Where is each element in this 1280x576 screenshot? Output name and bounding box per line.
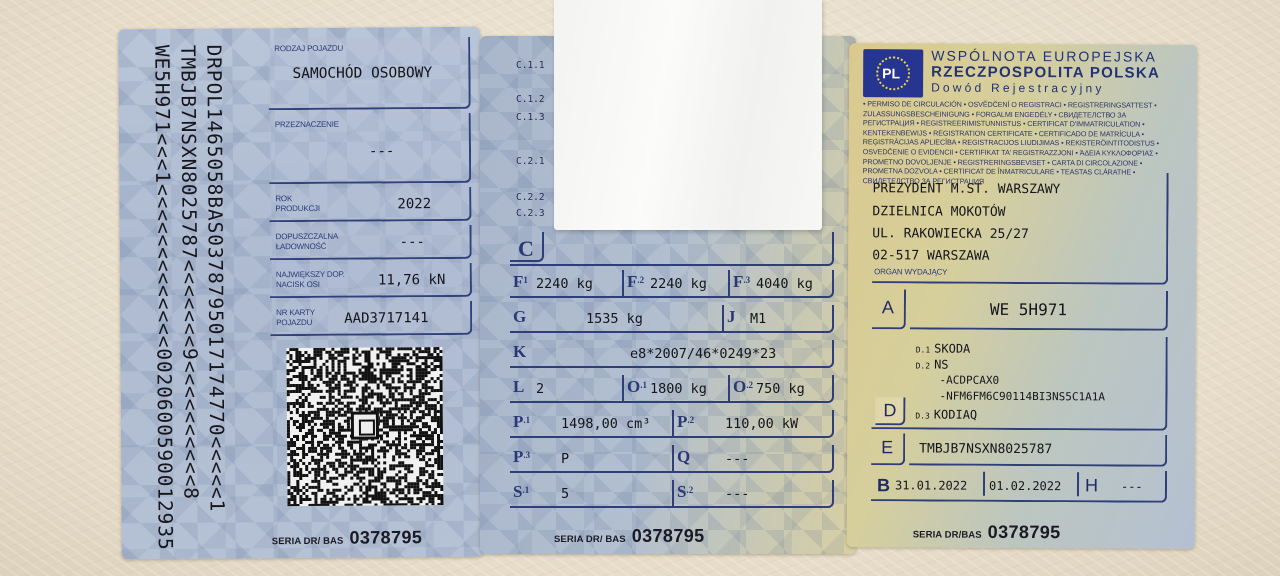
field-value: 2 [536, 381, 544, 397]
c13-label: C.1.3 [516, 112, 545, 123]
field-value: AAD3717141 [344, 310, 428, 327]
type-line: D.2NS [916, 357, 949, 371]
field-value: 2240 kg [650, 276, 707, 292]
field-code: P [677, 412, 687, 431]
field-code-wrap: P.2 [677, 412, 694, 432]
dates-row: B 31.01.2022 01.02.2022 H --- [871, 469, 1167, 503]
field-purpose: Przeznaczenie --- [269, 113, 471, 184]
grid-cell: P.3P [510, 445, 672, 471]
field-value: 1498,00 cm³ [561, 416, 650, 432]
code-c: C [518, 236, 534, 262]
field-code: L [513, 377, 524, 396]
registration-number: WE 5H971 [990, 300, 1067, 319]
registration-number-box: WE 5H971 [910, 289, 1168, 330]
code-d: D [883, 400, 896, 421]
grid-cell: F.22240 kg [622, 270, 728, 296]
make-model-box: D.1SKODA D.2NS -ACDPCAX0 -NFM6FM6C90114B… [871, 335, 1167, 431]
validity-value: --- [1121, 480, 1143, 494]
type-value: NS [934, 358, 949, 372]
header-country: RZECZPOSPOLITA POLSKA [931, 64, 1160, 82]
grid-cell: G1535 kg [510, 305, 722, 331]
field-code: O [627, 377, 640, 396]
field-code: F [733, 272, 743, 291]
field-label: Nr karty pojazdu [276, 308, 336, 328]
issuer-line-2: DZIELNICA MOKOTÓW [872, 204, 1005, 220]
make-line: D.1SKODA [916, 341, 971, 355]
country-code: PL [882, 65, 900, 81]
field-code-sub: .2 [746, 380, 753, 390]
model-line: D.3KODIAQ [915, 407, 977, 421]
field-code-sub: .3 [523, 450, 530, 460]
grid-row: S.15S.2--- [510, 480, 834, 508]
right-panel: PL WSPÓLNOTA EUROPEJSKA RZECZPOSPOLITA P… [847, 43, 1198, 549]
field-code-wrap: O.1 [627, 377, 647, 397]
field-code-sub: .2 [687, 415, 694, 425]
field-code-wrap: G [513, 307, 526, 327]
field-label: Rodzaj pojazdu [274, 44, 343, 54]
c23-label: C.2.3 [516, 208, 545, 219]
mrz-line-3: WE5H971<<<1<<<<<<<<<<<<<0020600590012935 [148, 45, 177, 545]
field-code: F [513, 272, 523, 291]
field-code-wrap: F.2 [627, 272, 644, 292]
serial-number: SERIA DR/ BAS0378795 [272, 527, 423, 549]
mrz-line-2: TMBJB7NSXN8025787<<<<<<<9<<<<<<<<<<8 [174, 45, 203, 545]
issuer-line-1: PREZYDENT M.ST. WARSZAWY [873, 181, 1061, 197]
serial-value: 0378795 [632, 526, 705, 546]
serial-label: SERIA DR/ BAS [554, 534, 626, 545]
field-code-wrap: F1 [513, 272, 528, 292]
code-b: B [877, 475, 890, 496]
field-value: 750 kg [756, 381, 805, 397]
datamatrix-center-mark [351, 411, 379, 439]
tissue-paper [554, 0, 822, 230]
field-code-wrap: Q [677, 447, 690, 467]
grid-cell: S.2--- [672, 480, 834, 506]
field-vehicle-type: Rodzaj pojazdu SAMOCHÓD OSOBOWY [268, 37, 470, 110]
grid-row: Ke8*2007/46*0249*23 [510, 340, 834, 368]
field-value: 5 [561, 486, 569, 502]
grid-cell: O.11800 kg [622, 375, 728, 401]
datamatrix-code [286, 347, 443, 506]
field-axle-load: Największy dop. nacisk osi 11,76 kN [270, 263, 472, 298]
field-value: P [561, 451, 569, 467]
field-value: --- [400, 234, 425, 250]
field-code-wrap: F.3 [733, 272, 750, 292]
grid-cell: O.2750 kg [728, 375, 834, 401]
header-eu: WSPÓLNOTA EUROPEJSKA [931, 48, 1157, 65]
field-code: O [733, 377, 746, 396]
c12-label: C.1.2 [516, 94, 545, 105]
field-code-sub: .2 [686, 485, 693, 495]
field-label: Rok produkcji [275, 194, 335, 214]
field-label: Przeznaczenie [275, 120, 339, 130]
field-code: P [513, 412, 523, 431]
field-code-sub: .1 [640, 380, 647, 390]
field-code: F [627, 272, 637, 291]
c22-label: C.2.2 [516, 192, 545, 203]
grid-row: G1535 kgJM1 [510, 305, 834, 333]
field-code-wrap: P.3 [513, 447, 530, 467]
grid-cell: Q--- [672, 445, 834, 471]
code-h: H [1085, 475, 1098, 496]
field-label: Największy dop. nacisk osi [276, 270, 348, 291]
first-registration-date: 31.01.2022 [895, 478, 967, 492]
grid-cell: L2 [510, 375, 622, 401]
field-code-wrap: J [727, 307, 736, 327]
field-code: G [513, 307, 526, 326]
serial-label: SERIA DR/BAS [913, 529, 982, 540]
vin-value: TMBJB7NSXN8025787 [919, 441, 1052, 457]
field-code-sub: .2 [637, 275, 644, 285]
field-value: 1535 kg [586, 311, 643, 327]
field-code-wrap: S.2 [677, 482, 693, 502]
field-code-sub: .1 [522, 485, 529, 495]
grid-row: P.3PQ--- [510, 445, 834, 473]
field-value: --- [725, 451, 749, 467]
code-box-a: A [872, 289, 906, 329]
grid-cell: P.2110,00 kW [672, 410, 834, 436]
code-e: E [881, 437, 893, 458]
field-value: --- [725, 486, 749, 502]
field-value: 4040 kg [756, 276, 813, 292]
grid-row: L2O.11800 kgO.2750 kg [510, 375, 834, 403]
field-value: --- [369, 143, 394, 159]
field-value: 2022 [397, 196, 431, 212]
grid-cell: F12240 kg [510, 270, 622, 296]
divider [1077, 472, 1079, 496]
grid-cell: Ke8*2007/46*0249*23 [510, 340, 834, 366]
divider [983, 472, 985, 496]
field-value: 11,76 kN [378, 272, 446, 288]
version-line: -NFM6FM6C90114BI3NS5C1A1A [939, 390, 1105, 404]
field-code-wrap: K [513, 342, 526, 362]
field-c-box: C [510, 232, 834, 266]
field-code-wrap: L [513, 377, 524, 397]
code-box-e: E [871, 433, 905, 465]
grid-cell: P.11498,00 cm³ [510, 410, 672, 436]
header-document-title: Dowód Rejestracyjny [931, 81, 1105, 96]
code-box: C [510, 232, 544, 262]
issue-date: 01.02.2022 [989, 479, 1061, 493]
field-value: SAMOCHÓD OSOBOWY [292, 65, 432, 82]
issuer-label: ORGAN WYDAJĄCY [874, 267, 947, 277]
field-code: Q [677, 447, 690, 466]
c11-label: C.1.1 [516, 60, 545, 71]
model-value: KODIAQ [934, 408, 977, 422]
grid-row: F12240 kgF.22240 kgF.34040 kg [510, 270, 834, 298]
field-code: K [513, 342, 526, 361]
field-label: Dopuszczalna ładowność [276, 232, 346, 252]
serial-value: 0378795 [988, 522, 1061, 542]
grid-cell: F.34040 kg [728, 270, 834, 296]
field-card-number: Nr karty pojazdu AAD3717141 [270, 301, 472, 336]
left-panel: DRPOL1465058BAS0378795017174770<<<<<1 TM… [118, 27, 484, 560]
issuer-line-3: UL. RAKOWIECKA 25/27 [872, 226, 1029, 242]
field-value: e8*2007/46*0249*23 [630, 346, 776, 362]
field-code-wrap: O.2 [733, 377, 753, 397]
field-value: 2240 kg [536, 276, 593, 292]
field-code: P [513, 447, 523, 466]
field-value: 1800 kg [650, 381, 707, 397]
field-code-sub: 1 [523, 275, 528, 285]
field-code: J [727, 307, 736, 326]
issuer-box: PREZYDENT M.ST. WARSZAWY DZIELNICA MOKOT… [872, 171, 1169, 285]
code-a: A [882, 297, 894, 318]
grid-cell: S.15 [510, 480, 672, 506]
issuer-line-4: 02-517 WARSZAWA [872, 248, 989, 264]
make-value: SKODA [934, 342, 970, 356]
serial-number: SERIA DR/BAS0378795 [913, 521, 1061, 543]
eu-flag-icon: PL [863, 49, 923, 97]
field-value: M1 [750, 311, 766, 327]
vin-box: TMBJB7NSXN8025787 [909, 433, 1167, 466]
field-code-sub: .3 [743, 275, 750, 285]
field-load-capacity: Dopuszczalna ładowność --- [270, 225, 472, 260]
variant-line: -ACDPCAX0 [940, 374, 1000, 387]
field-production-year: Rok produkcji 2022 [269, 187, 471, 222]
mrz-line-1: DRPOL1465058BAS0378795017174770<<<<<1 [200, 45, 229, 545]
serial-label: SERIA DR/ BAS [272, 536, 344, 548]
field-code-sub: .1 [523, 415, 530, 425]
field-code-wrap: S.1 [513, 482, 529, 502]
grid-cell: JM1 [722, 305, 834, 331]
c21-label: C.2.1 [516, 156, 545, 167]
mrz-zone: DRPOL1465058BAS0378795017174770<<<<<1 TM… [144, 45, 229, 546]
serial-value: 0378795 [349, 527, 422, 548]
field-code-wrap: P.1 [513, 412, 530, 432]
code-box-d: D [875, 397, 905, 425]
field-value: 110,00 kW [725, 416, 798, 432]
grid-row: P.11498,00 cm³P.2110,00 kW [510, 410, 834, 438]
serial-number: SERIA DR/ BAS0378795 [554, 526, 705, 547]
